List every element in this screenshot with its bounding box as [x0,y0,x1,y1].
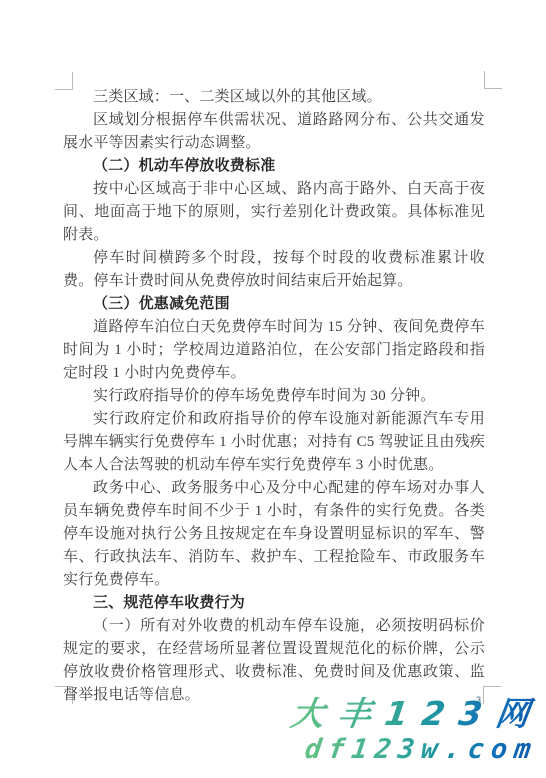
paragraph: 三类区域：一、二类区域以外的其他区域。 [63,86,485,109]
watermark-site-name: 大丰123网 [289,697,546,731]
section-heading: （三）优惠减免范围 [63,293,485,316]
document-page: { "doc": { "paragraphs": [ { "type": "bo… [0,0,546,778]
text-boundary-mark-top-right [484,71,502,89]
paragraph: 实行政府指导价的停车场免费停车时间为 30 分钟。 [63,385,485,408]
watermark-site-url: df123w.com [303,736,539,764]
section-heading: （二）机动车停放收费标准 [63,155,485,178]
paragraph: 道路停车泊位白天免费停车时间为 15 分钟、夜间免费停车时间为 1 小时；学校周… [63,316,485,385]
section-heading: 三、规范停车收费行为 [63,592,485,615]
paragraph: 政务中心、政务服务中心及分中心配建的停车场对办事人员车辆免费停车时间不少于 1 … [63,477,485,592]
paragraph: 停车时间横跨多个时段，按每个时段的收费标准累计收费。停车计费时间从免费停放时间结… [63,247,485,293]
paragraph: 区域划分根据停车供需状况、道路路网分布、公共交通发展水平等因素实行动态调整。 [63,109,485,155]
document-text: 三类区域：一、二类区域以外的其他区域。 区域划分根据停车供需状况、道路路网分布、… [63,86,485,707]
paragraph: 按中心区域高于非中心区域、路内高于路外、白天高于夜间、地面高于地下的原则，实行差… [63,178,485,247]
paragraph: 实行政府定价和政府指导价的停车设施对新能源汽车专用号牌车辆实行免费停车 1 小时… [63,408,485,477]
